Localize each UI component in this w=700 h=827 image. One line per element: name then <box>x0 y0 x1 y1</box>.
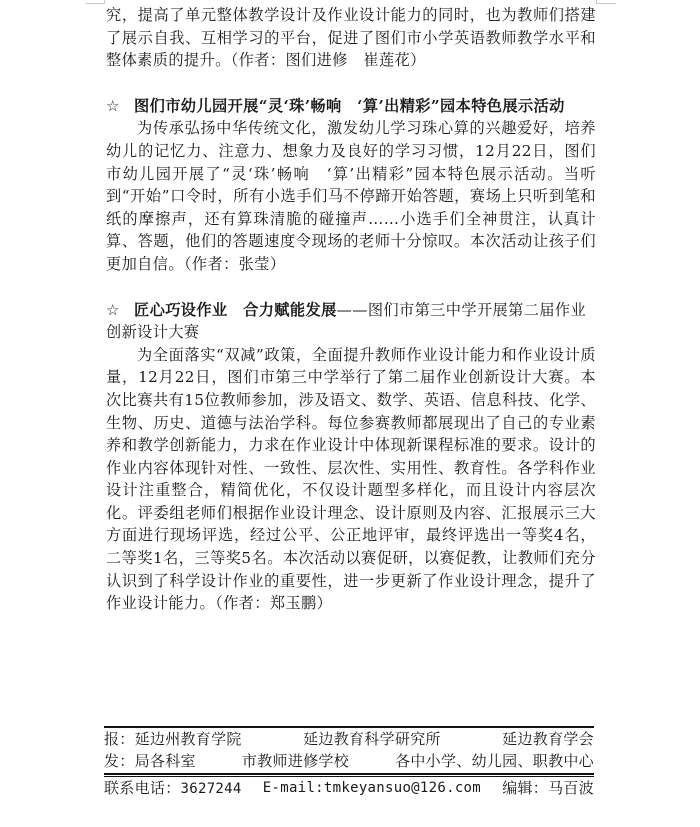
article-2-body: 为传承弘扬中华传统文化，激发幼儿学习珠心算的兴趣爱好，培养幼儿的记忆力、注意力、… <box>106 117 596 275</box>
document-footer: 报：延边州教育学院 延边教育科学研究所 延边教育学会 发：局各科室 市教师进修学… <box>104 726 594 800</box>
distribute-recipient: 市教师进修学校 <box>242 750 349 772</box>
document-page: 究，提高了单元整体教学设计及作业设计能力的同时，也为教师们搭建了展示自我、互相学… <box>106 0 596 615</box>
report-recipient: 延边州教育学院 <box>135 728 242 750</box>
article-3-title-bold: 匠心巧设作业 合力赋能发展 <box>134 301 337 319</box>
editor-name: 马百波 <box>548 777 594 799</box>
article-2-title: 图们市幼儿园开展“灵‘珠’畅响 ‘算’出精彩”园本特色展示活动 <box>134 97 565 115</box>
report-recipient: 延边教育科学研究所 <box>303 728 441 750</box>
page-margin-mark-left <box>85 3 105 4</box>
article-3-body: 为全面落实“双减”政策，全面提升教师作业设计能力和作业设计质量，12月22日，图… <box>106 344 596 615</box>
article-2: ☆图们市幼儿园开展“灵‘珠’畅响 ‘算’出精彩”园本特色展示活动 为传承弘扬中华… <box>106 95 596 276</box>
distribute-label: 发： <box>104 750 135 772</box>
phone-number: 3627244 <box>181 778 242 800</box>
phone-label: 联系电话： <box>104 777 181 799</box>
star-icon: ☆ <box>106 301 120 319</box>
page-margin-mark-right <box>596 3 616 4</box>
article-3-heading: ☆匠心巧设作业 合力赋能发展——图们市第三中学开展第二届作业创新设计大赛 <box>106 299 596 344</box>
email-address: E-mail:tmkeyansuo@126.com <box>263 777 481 800</box>
distribute-recipient: 局各科室 <box>135 750 196 772</box>
report-label: 报： <box>104 728 135 750</box>
article-3: ☆匠心巧设作业 合力赋能发展——图们市第三中学开展第二届作业创新设计大赛 为全面… <box>106 299 596 615</box>
editor-label: 编辑： <box>502 777 548 799</box>
footer-distribute-line: 发：局各科室 市教师进修学校 各中小学、幼儿园、职教中心 <box>104 750 594 772</box>
footer-contact-line: 联系电话：3627244 E-mail:tmkeyansuo@126.com 编… <box>104 777 594 800</box>
footer-report-line: 报：延边州教育学院 延边教育科学研究所 延边教育学会 <box>104 728 594 750</box>
star-icon: ☆ <box>106 97 120 115</box>
article-1-tail-paragraph: 究，提高了单元整体教学设计及作业设计能力的同时，也为教师们搭建了展示自我、互相学… <box>106 4 596 72</box>
report-recipient: 延边教育学会 <box>502 728 594 750</box>
article-2-heading: ☆图们市幼儿园开展“灵‘珠’畅响 ‘算’出精彩”园本特色展示活动 <box>106 95 596 118</box>
distribute-recipient: 各中小学、幼儿园、职教中心 <box>395 750 594 772</box>
